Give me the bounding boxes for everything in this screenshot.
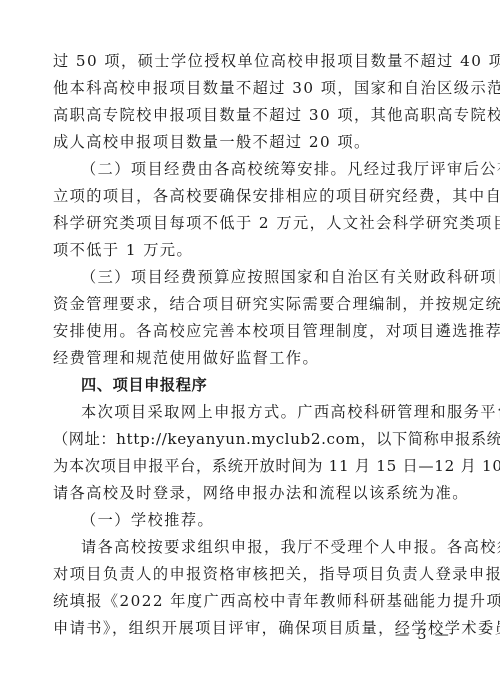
- body-text-line: 项不低于 1 万元。: [53, 240, 450, 260]
- paragraph-start-line: 本次项目采取网上申报方式。广西高校科研管理和服务平台: [81, 402, 450, 422]
- body-text-line: 高职高专院校申报项目数量不超过 30 项，其他高职高专院校和: [53, 105, 450, 125]
- body-text-line: 为本次项目申报平台，系统开放时间为 11 月 15 日—12 月 10 日。: [53, 456, 450, 476]
- body-text-line: 资金管理要求，结合项目研究实际需要合理编制，并按规定统筹: [53, 294, 450, 314]
- body-text-line: 成人高校申报项目数量一般不超过 20 项。: [53, 132, 450, 152]
- url-line: （网址：http://keyanyun.myclub2.com，以下简称申报系统…: [53, 429, 450, 449]
- paragraph-start-line: 请各高校按要求组织申报，我厅不受理个人申报。各高校须: [81, 537, 450, 557]
- body-text-line: 科学研究类项目每项不低于 2 万元，人文社会科学研究类项目每: [53, 213, 450, 233]
- section-heading: 四、项目申报程序: [81, 375, 450, 395]
- subsection-heading: （一）学校推荐。: [81, 510, 450, 530]
- body-text-line: 经费管理和规范使用做好监督工作。: [53, 348, 450, 368]
- body-text-line: 申请书》，组织开展项目评审，确保项目质量，经学校学术委员: [53, 618, 450, 638]
- body-text-line: 安排使用。各高校应完善本校项目管理制度，对项目遴选推荐、: [53, 321, 450, 341]
- page-number: — 3 —: [395, 627, 451, 643]
- paragraph-start-line: （二）项目经费由各高校统筹安排。凡经过我厅评审后公布: [81, 159, 450, 179]
- body-text-line: 立项的项目，各高校要确保安排相应的项目研究经费，其中自然: [53, 186, 450, 206]
- body-text-line: 他本科高校申报项目数量不超过 30 项，国家和自治区级示范性: [53, 78, 450, 98]
- body-text-line: 过 50 项，硕士学位授权单位高校申报项目数量不超过 40 项，其: [53, 51, 450, 71]
- body-text-line: 请各高校及时登录，网络申报办法和流程以该系统为准。: [53, 483, 450, 503]
- body-text-line: 对项目负责人的申报资格审核把关，指导项目负责人登录申报系: [53, 564, 450, 584]
- paragraph-start-line: （三）项目经费预算应按照国家和自治区有关财政科研项目: [81, 267, 450, 287]
- body-text-line: 统填报《2022 年度广西高校中青年教师科研基础能力提升项目: [53, 591, 450, 611]
